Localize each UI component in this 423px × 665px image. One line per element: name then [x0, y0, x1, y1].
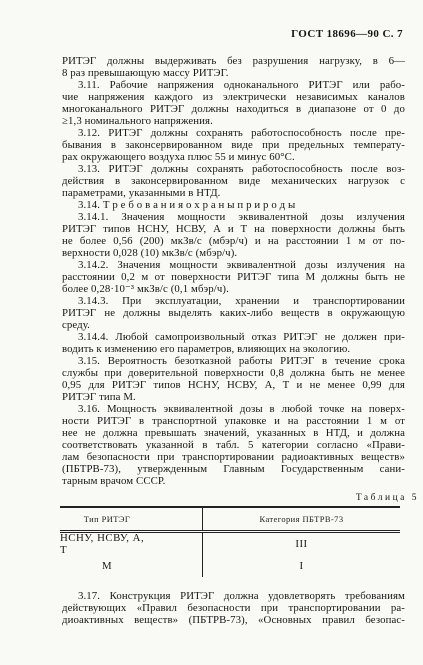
text-line: лам безопасности при транспортировании р…: [62, 451, 405, 463]
table-header-row: Тип РИТЭГ Категория ПБТРВ-73: [60, 508, 400, 533]
text-line: рах окружающего воздуха плюс 55 и минус …: [62, 151, 405, 163]
text-line: 3.16. Мощность эквивалентной дозы в любо…: [62, 403, 405, 415]
text-line: водить к изменению его параметров, влияю…: [62, 343, 405, 355]
table-row: НСНУ, НСВУ, А, Т III: [60, 533, 400, 555]
table-5: Тип РИТЭГ Категория ПБТРВ-73 НСНУ, НСВУ,…: [60, 506, 400, 577]
text-line: 0,95 для РИТЭГ типов НСНУ, НСВУ, А, Т и …: [62, 379, 405, 391]
table-caption: Таблица 5: [62, 493, 419, 504]
text-line: 3.11. Рабочие напряжения одноканального …: [62, 79, 405, 91]
table-cell-category: I: [203, 560, 400, 572]
text-line: бывания в законсервированном виде при пр…: [62, 139, 405, 151]
text-line: 8 раз превышающую массу РИТЭГ.: [62, 67, 405, 79]
text-line: 3.17. Конструкция РИТЭГ должна удовлетво…: [62, 590, 405, 602]
table-body: НСНУ, НСВУ, А, Т III М I: [60, 533, 400, 577]
table-row: М I: [60, 555, 400, 577]
text-line: верхности 0,028 (10) мкЗв/с (мбэр/ч).: [62, 247, 405, 259]
text-line: действия в законсервированном виде механ…: [62, 175, 405, 187]
table-cell-category: III: [203, 538, 400, 550]
document-body-text: РИТЭГ должны выдерживать без разрушения …: [62, 55, 405, 487]
text-line: среду.: [62, 319, 405, 331]
text-line: ности РИТЭГ в транспортной упаковке и на…: [62, 415, 405, 427]
document-body-text-after-table: 3.17. Конструкция РИТЭГ должна удовлетво…: [62, 590, 405, 626]
text-line: 3.14.1. Значения мощности эквивалентной …: [62, 211, 405, 223]
text-line: расстоянии 0,2 м от поверхности РИТЭГ ти…: [62, 271, 405, 283]
text-line: 3.14. Т р е б о в а н и я о х р а н ы п …: [62, 199, 405, 211]
text-line: (ПБТРВ-73), утвержденным Главным Государ…: [62, 463, 405, 475]
text-line: 3.13. РИТЭГ должны сохранять работоспосо…: [62, 163, 405, 175]
text-line: РИТЭГ не должны выделять каких-либо веще…: [62, 307, 405, 319]
text-line: не более 0,56 (200) мкЗв/с (мбэр/ч) и на…: [62, 235, 405, 247]
table-cell-type: М: [60, 555, 203, 577]
text-line: параметрами, указанными в НТД.: [62, 187, 405, 199]
text-line: 3.14.2. Значения мощности эквивалентной …: [62, 259, 405, 271]
text-line: 3.12. РИТЭГ должны сохранять работоспосо…: [62, 127, 405, 139]
text-line: ≥1,3 номинального напряжения.: [62, 115, 405, 127]
text-line: РИТЭГ типа М.: [62, 391, 405, 403]
text-line: РИТЭГ типов НСНУ, НСВУ, А и Т на поверхн…: [62, 223, 405, 235]
table-header-cell-type: Тип РИТЭГ: [60, 508, 203, 530]
text-line: диоактивных веществ» (ПБТРВ-73), «Основн…: [62, 614, 405, 626]
text-line: соответствовать указанной в табл. 5 кате…: [62, 439, 405, 451]
table-cell-type: НСНУ, НСВУ, А, Т: [60, 533, 203, 555]
text-line: чие напряжения каждого из электрически н…: [62, 91, 405, 103]
text-line: многоканального РИТЭГ должны находиться …: [62, 103, 405, 115]
text-line: службы при доверительной поверхности 0,8…: [62, 367, 405, 379]
text-line: РИТЭГ должны выдерживать без разрушения …: [62, 55, 405, 67]
document-page: ГОСТ 18696—90 С. 7 РИТЭГ должны выдержив…: [0, 0, 423, 665]
page-header-gost-number: ГОСТ 18696—90 С. 7: [62, 28, 403, 40]
text-line: более 0,28·10⁻³ мкЗв/с (0,1 мбэр/ч).: [62, 283, 405, 295]
table-header-cell-category: Категория ПБТРВ-73: [203, 514, 400, 524]
text-line: тарным врачом СССР.: [62, 475, 405, 487]
text-line: 3.14.4. Любой самопроизвольный отказ РИТ…: [62, 331, 405, 343]
text-line: 3.14.3. При эксплуатации, хранении и тра…: [62, 295, 405, 307]
text-line: 3.15. Вероятность безотказной работы РИТ…: [62, 355, 405, 367]
text-line: действующих «Правил безопасности при тра…: [62, 602, 405, 614]
text-line: нее не должна превышать значений, указан…: [62, 427, 405, 439]
